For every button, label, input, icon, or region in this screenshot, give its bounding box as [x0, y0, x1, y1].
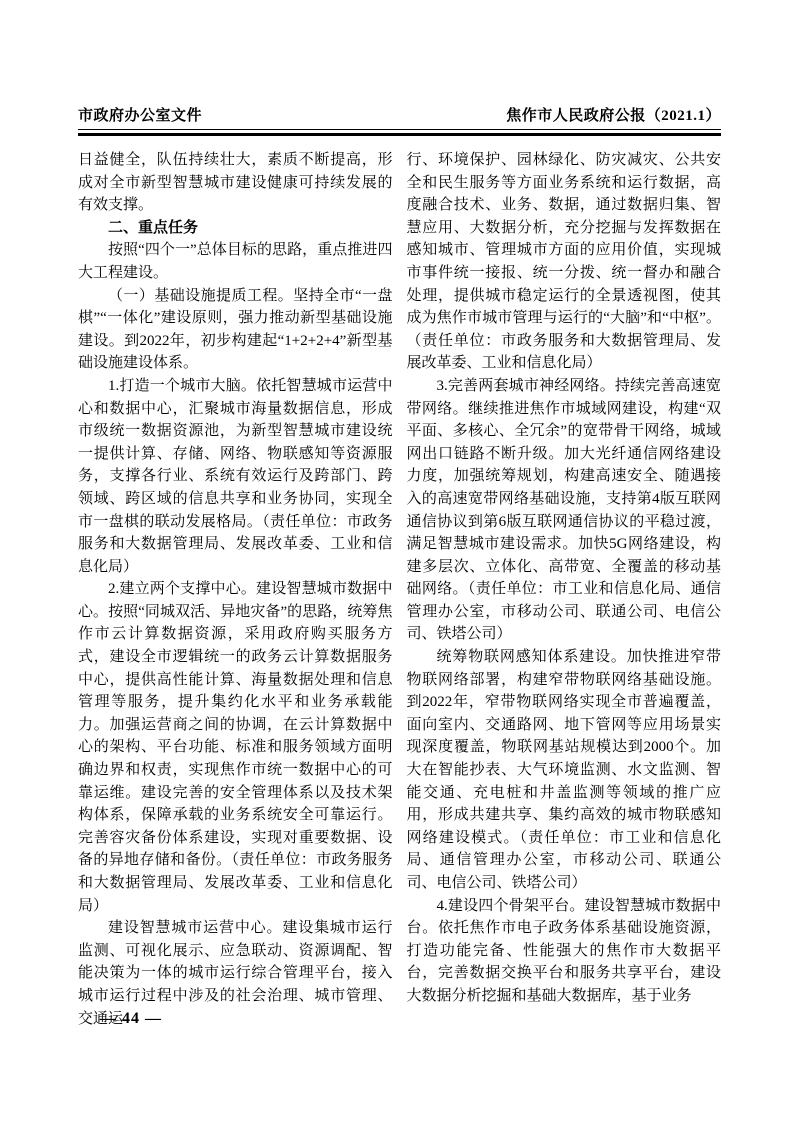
section-heading: 二、重点任务 — [78, 217, 393, 240]
text-column-right: 行、环境保护、园林绿化、防灾减灾、公共安全和民生服务等方面业务系统和运行数据，高… — [407, 149, 722, 1030]
page-header: 市政府办公室文件 焦作市人民政府公报（2021.1） — [78, 104, 721, 125]
paragraph: 4.建设四个骨架平台。建设智慧城市数据中台。依托焦作市电子政务体系基础设施资源，… — [407, 895, 722, 1008]
paragraph: 日益健全，队伍持续壮大，素质不断提高，形成对全市新型智慧城市建设健康可持续发展的… — [78, 149, 393, 217]
page-number: — 44 — — [100, 1010, 162, 1028]
header-rule — [78, 129, 721, 136]
header-left-title: 市政府办公室文件 — [78, 104, 202, 125]
paragraph: 3.完善两套城市神经网络。持续完善高速宽带网络。继续推进焦作市城域网建设，构建“… — [407, 375, 722, 646]
paragraph: 2.建立两个支撑中心。建设智慧城市数据中心。按照“同城双活、异地灾备”的思路，统… — [78, 578, 393, 917]
header-right-title: 焦作市人民政府公报（2021.1） — [506, 104, 721, 125]
document-page: 市政府办公室文件 焦作市人民政府公报（2021.1） 日益健全，队伍持续壮大，素… — [0, 0, 793, 1122]
page-number-text: — 44 — — [100, 1010, 162, 1027]
paragraph: 按照“四个一”总体目标的思路，重点推进四大工程建设。 — [78, 239, 393, 284]
paragraph: 统筹物联网感知体系建设。加快推进窄带物联网络部署，构建窄带物联网络基础设施。到2… — [407, 646, 722, 895]
paragraph: 行、环境保护、园林绿化、防灾减灾、公共安全和民生服务等方面业务系统和运行数据，高… — [407, 149, 722, 375]
paragraph: 1.打造一个城市大脑。依托智慧城市运营中心和数据中心，汇聚城市海量数据信息，形成… — [78, 375, 393, 578]
text-column-left: 日益健全，队伍持续壮大，素质不断提高，形成对全市新型智慧城市建设健康可持续发展的… — [78, 149, 393, 1030]
paragraph: （一）基础设施提质工程。坚持全市“一盘棋”“一体化”建设原则，强力推动新型基础设… — [78, 285, 393, 375]
document-body: 日益健全，队伍持续壮大，素质不断提高，形成对全市新型智慧城市建设健康可持续发展的… — [78, 149, 721, 1030]
